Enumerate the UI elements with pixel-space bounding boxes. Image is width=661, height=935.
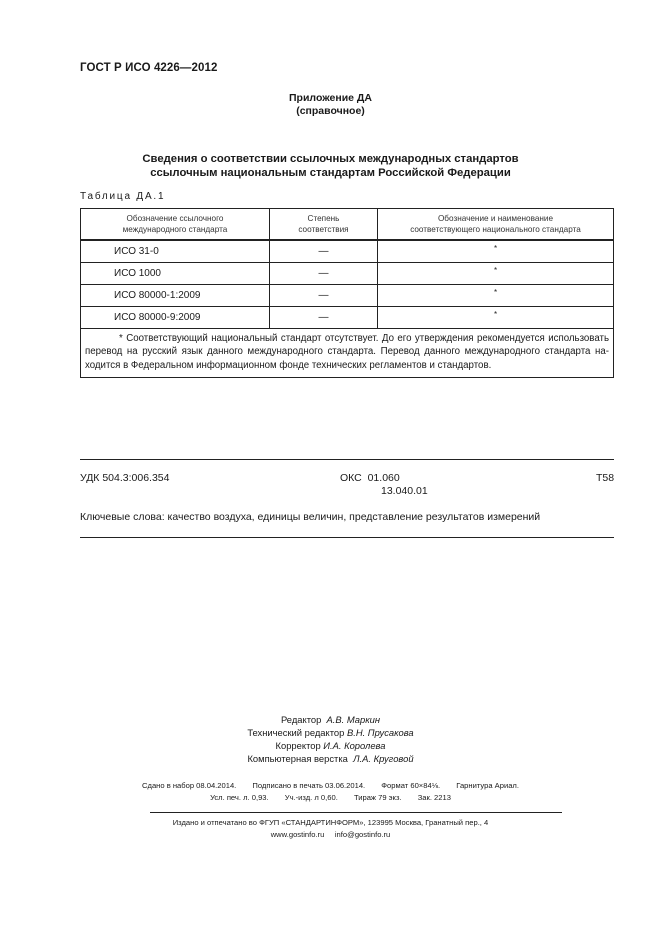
correspondence-table: Обозначение ссылочногомеждународного ста…: [80, 208, 614, 378]
divider-top: [80, 459, 614, 460]
credit-corrector: Корректор И.А. Королева: [0, 739, 661, 752]
table-row: ИСО 31-0 — *: [81, 240, 614, 263]
cell-national: *: [378, 285, 614, 307]
appendix-heading: Приложение ДА (справочное): [0, 92, 661, 118]
keywords: Ключевые слова: качество воздуха, единиц…: [80, 511, 540, 523]
footnote-text: * Соответствующий национальный стандарт …: [85, 333, 609, 371]
cell-ref: ИСО 80000-9:2009: [81, 307, 270, 329]
publisher-email[interactable]: info@gostinfo.ru: [335, 830, 390, 839]
publisher-address: Издано и отпечатано во ФГУП «СТАНДАРТИНФ…: [0, 817, 661, 829]
cell-ref: ИСО 80000-1:2009: [81, 285, 270, 307]
header-text: соответствующего национального стандарта: [410, 225, 581, 234]
header-text: международного стандарта: [123, 225, 228, 234]
table-row: ИСО 80000-9:2009 — *: [81, 307, 614, 329]
cell-national: *: [378, 263, 614, 285]
credit-name: Л.А. Круговой: [353, 753, 413, 764]
divider-bottom: [80, 537, 614, 538]
cell-degree: —: [270, 307, 378, 329]
credit-tech-editor: Технический редактор В.Н. Прусакова: [0, 726, 661, 739]
header-text: соответствия: [298, 225, 348, 234]
section-title-line2: ссылочным национальным стандартам Россий…: [0, 166, 661, 180]
credit-label: Технический редактор: [247, 727, 344, 738]
credit-editor: Редактор А.В. Маркин: [0, 713, 661, 726]
cell-national: *: [378, 307, 614, 329]
table-footnote-row: * Соответствующий национальный стандарт …: [81, 329, 614, 378]
oks-label: ОКС: [340, 472, 362, 484]
credit-label: Корректор: [276, 740, 321, 751]
oks-code-1: 01.060: [368, 472, 400, 484]
typeface: Гарнитура Ариал.: [456, 781, 519, 790]
publisher-divider: [150, 812, 562, 813]
credit-label: Компьютерная верстка: [247, 753, 347, 764]
credit-layout: Компьютерная верстка Л.А. Круговой: [0, 752, 661, 765]
signed-date: Подписано в печать 03.06.2014.: [252, 781, 365, 790]
cell-national: *: [378, 240, 614, 263]
header-text: Степень: [308, 214, 340, 223]
appendix-subtitle: (справочное): [0, 105, 661, 118]
cell-ref: ИСО 1000: [81, 263, 270, 285]
credits: Редактор А.В. Маркин Технический редакто…: [0, 713, 661, 765]
classification-code: Т58: [596, 472, 614, 484]
cell-ref: ИСО 31-0: [81, 240, 270, 263]
table-row: ИСО 1000 — *: [81, 263, 614, 285]
table-footnote: * Соответствующий национальный стандарт …: [81, 329, 614, 378]
udk-code: УДК 504.3:006.354: [80, 472, 170, 484]
section-title: Сведения о соответствии ссылочных междун…: [0, 152, 661, 180]
header-international-ref: Обозначение ссылочногомеждународного ста…: [81, 209, 270, 241]
cell-degree: —: [270, 263, 378, 285]
appendix-title: Приложение ДА: [0, 92, 661, 105]
publisher-website[interactable]: www.gostinfo.ru: [271, 830, 325, 839]
credit-label: Редактор: [281, 714, 321, 725]
document-id: ГОСТ Р ИСО 4226—2012: [80, 62, 218, 74]
circulation: Тираж 79 экз.: [354, 793, 402, 802]
cell-degree: —: [270, 240, 378, 263]
cell-degree: —: [270, 285, 378, 307]
publication-sheets: Уч.-изд. л 0,60.: [285, 793, 338, 802]
publication-details: Сдано в набор 08.04.2014. Подписано в пе…: [0, 780, 661, 804]
table-header-row: Обозначение ссылочногомеждународного ста…: [81, 209, 614, 241]
print-sheets: Усл. печ. л. 0,93.: [210, 793, 269, 802]
header-text: Обозначение ссылочного: [127, 214, 224, 223]
publisher-info: Издано и отпечатано во ФГУП «СТАНДАРТИНФ…: [0, 817, 661, 841]
header-degree: Степеньсоответствия: [270, 209, 378, 241]
print-format: Формат 60×84⅛.: [381, 781, 440, 790]
credit-name: И.А. Королева: [323, 740, 385, 751]
table-caption: Таблица ДА.1: [80, 191, 165, 202]
oks-codes: ОКС 01.060 13.040.01: [340, 472, 428, 498]
submitted-date: Сдано в набор 08.04.2014.: [142, 781, 236, 790]
table-row: ИСО 80000-1:2009 — *: [81, 285, 614, 307]
header-national-standard: Обозначение и наименованиесоответствующе…: [378, 209, 614, 241]
oks-code-2: 13.040.01: [340, 485, 428, 498]
credit-name: В.Н. Прусакова: [347, 727, 414, 738]
section-title-line1: Сведения о соответствии ссылочных междун…: [0, 152, 661, 166]
order-number: Зак. 2213: [418, 793, 451, 802]
header-text: Обозначение и наименование: [438, 214, 553, 223]
credit-name: А.В. Маркин: [327, 714, 380, 725]
